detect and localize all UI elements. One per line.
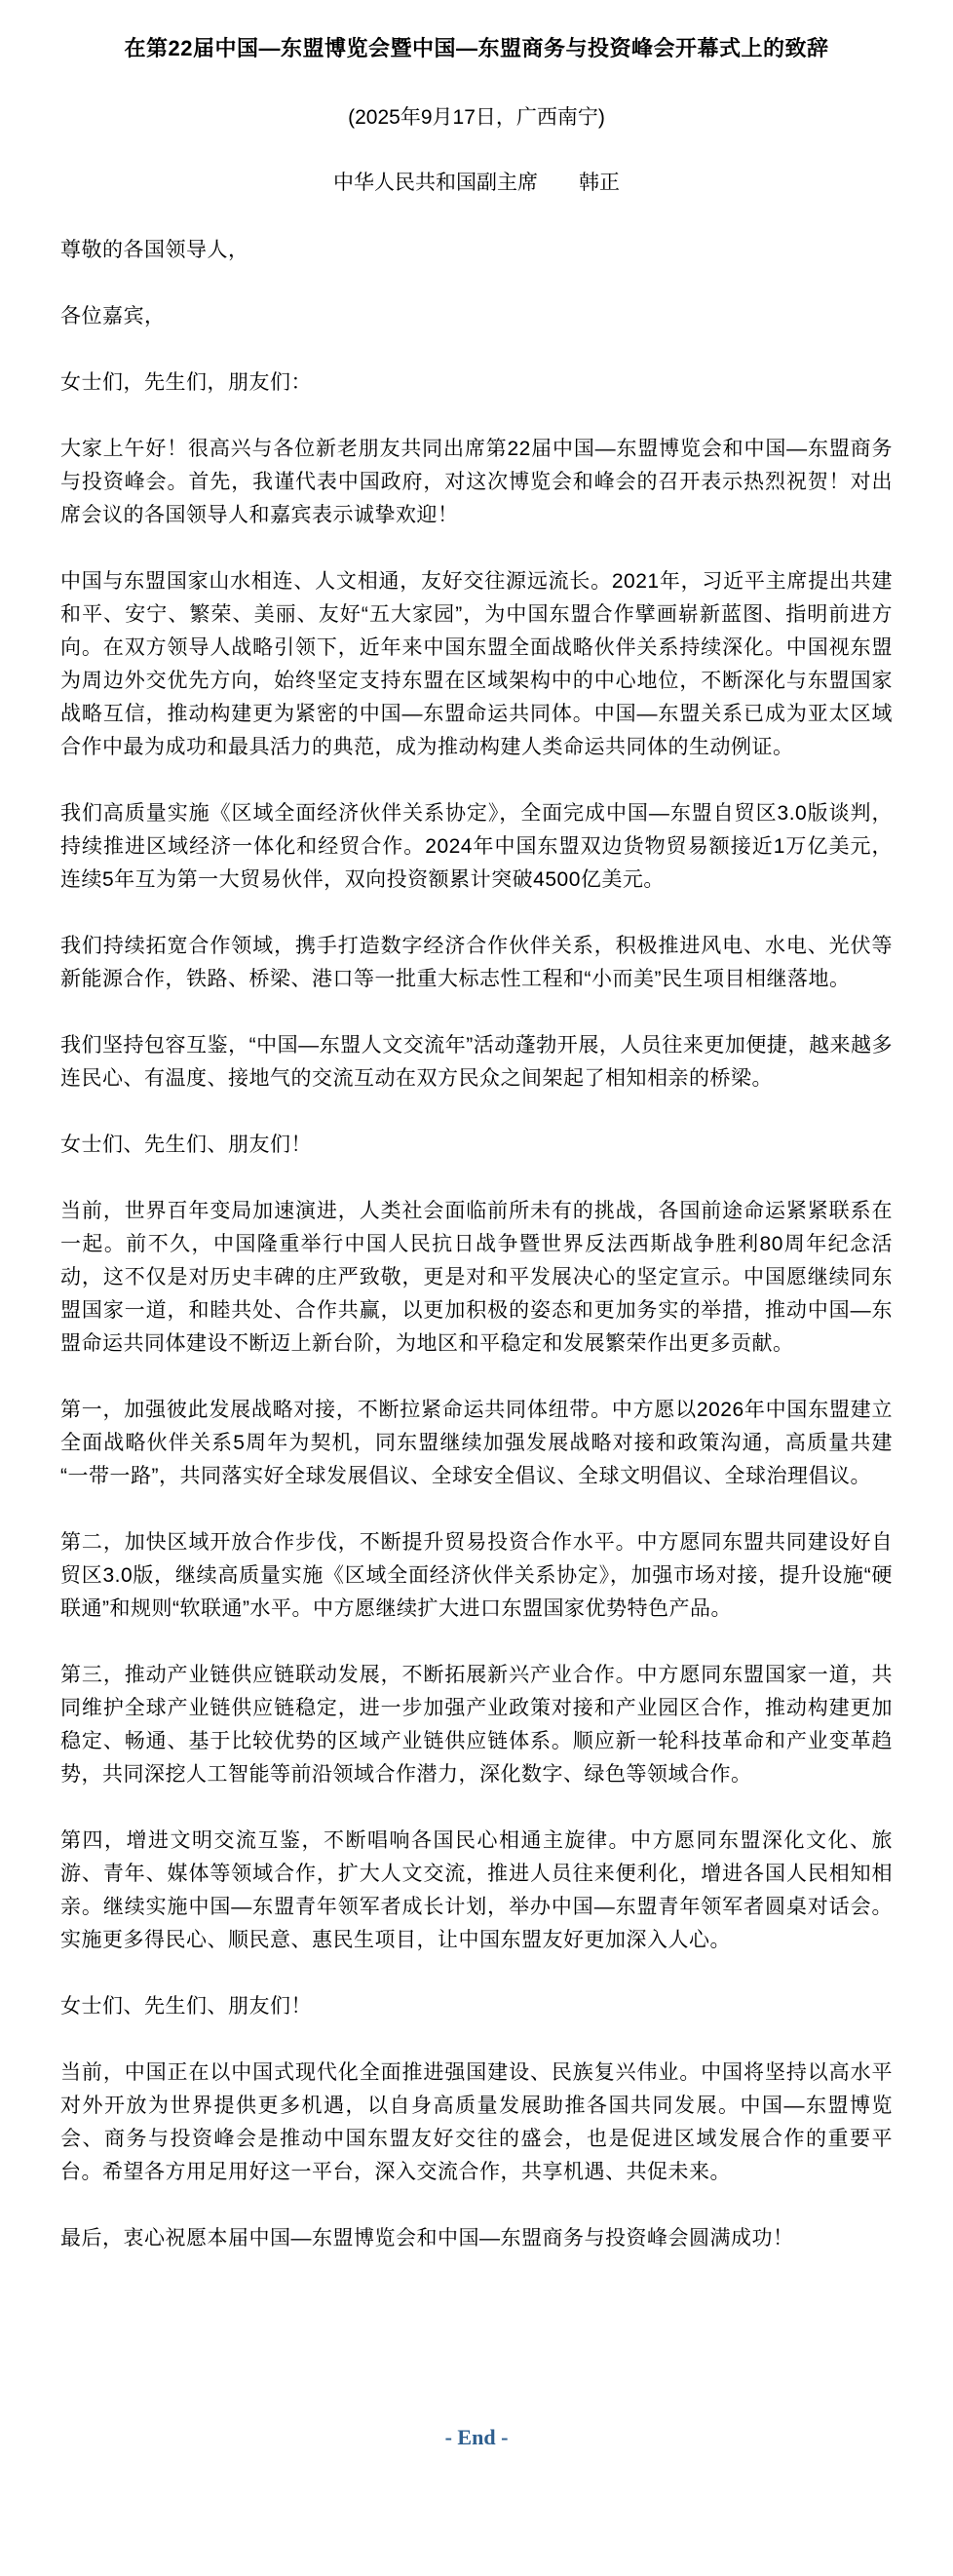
speech-paragraph: 我们高质量实施《区域全面经济伙伴关系协定》，全面完成中国—东盟自贸区3.0版谈判…: [60, 797, 893, 897]
page-title: 在第22届中国—东盟博览会暨中国—东盟商务与投资峰会开幕式上的致辞: [60, 32, 893, 65]
speech-paragraph: 最后，衷心祝愿本届中国—东盟博览会和中国—东盟商务与投资峰会圆满成功！: [60, 2222, 893, 2255]
speech-paragraph: 当前，中国正在以中国式现代化全面推进强国建设、民族复兴伟业。中国将坚持以高水平对…: [60, 2057, 893, 2189]
speech-paragraph: 第二，加快区域开放合作步伐，不断提升贸易投资合作水平。中方愿同东盟共同建设好自贸…: [60, 1526, 893, 1626]
speech-paragraph: 女士们，先生们，朋友们：: [60, 366, 893, 400]
speech-paragraph: 第四，增进文明交流互鉴，不断唱响各国民心相通主旋律。中方愿同东盟深化文化、旅游、…: [60, 1825, 893, 1957]
speech-paragraph: 我们坚持包容互鉴，“中国—东盟人文交流年”活动蓬勃开展，人员往来更加便捷，越来越…: [60, 1029, 893, 1096]
speech-paragraph: 女士们、先生们、朋友们！: [60, 1129, 893, 1162]
speech-paragraph: 中国与东盟国家山水相连、人文相通，友好交往源远流长。2021年，习近平主席提出共…: [60, 565, 893, 764]
speech-body: 尊敬的各国领导人，各位嘉宾，女士们，先生们，朋友们：大家上午好！很高兴与各位新老…: [60, 234, 893, 2255]
speech-paragraph: 第三，推动产业链供应链联动发展，不断拓展新兴产业合作。中方愿同东盟国家一道，共同…: [60, 1659, 893, 1791]
speech-document-page: 在第22届中国—东盟博览会暨中国—东盟商务与投资峰会开幕式上的致辞 (2025年…: [0, 0, 953, 2576]
end-marker: - End -: [60, 2421, 893, 2454]
speaker-byline: 中华人民共和国副主席 韩正: [60, 167, 893, 200]
date-location-line: (2025年9月17日，广西南宁): [60, 101, 893, 135]
speech-paragraph: 女士们、先生们、朋友们！: [60, 1990, 893, 2023]
speech-paragraph: 大家上午好！很高兴与各位新老朋友共同出席第22届中国—东盟博览会和中国—东盟商务…: [60, 433, 893, 532]
speech-paragraph: 当前，世界百年变局加速演进，人类社会面临前所未有的挑战，各国前途命运紧紧联系在一…: [60, 1195, 893, 1361]
speech-paragraph: 我们持续拓宽合作领域，携手打造数字经济合作伙伴关系，积极推进风电、水电、光伏等新…: [60, 930, 893, 996]
speech-paragraph: 各位嘉宾，: [60, 300, 893, 333]
speech-paragraph: 第一，加强彼此发展战略对接，不断拉紧命运共同体纽带。中方愿以2026年中国东盟建…: [60, 1394, 893, 1493]
speech-paragraph: 尊敬的各国领导人，: [60, 234, 893, 267]
